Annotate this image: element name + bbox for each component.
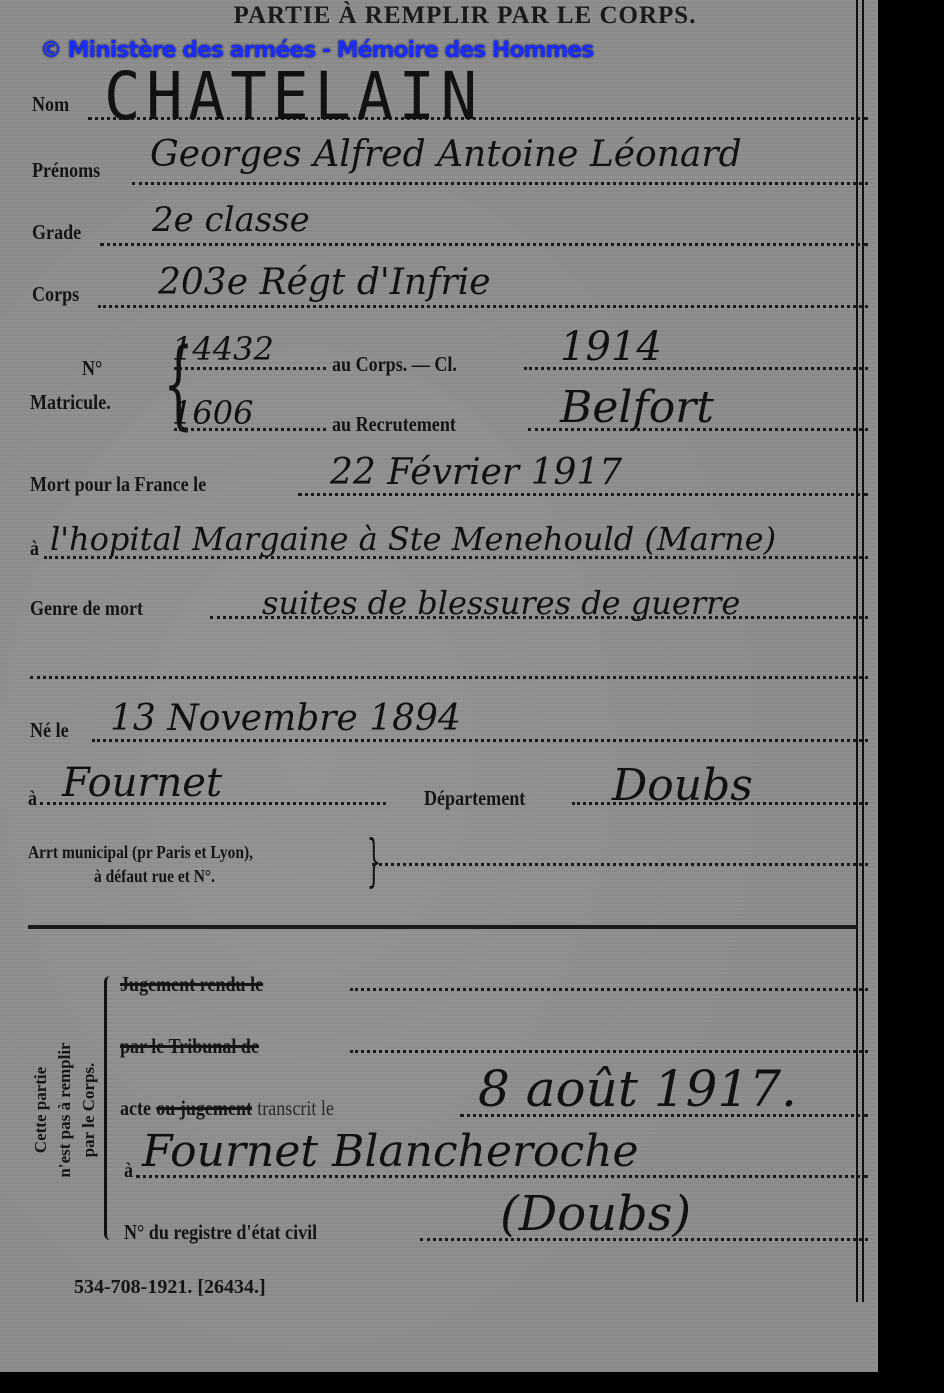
classe-value: 1914 bbox=[560, 324, 662, 370]
prenoms-label: Prénoms bbox=[32, 158, 100, 183]
mort-value: 22 Février 1917 bbox=[330, 452, 622, 493]
lower-brace bbox=[104, 976, 111, 1240]
departement-label: Département bbox=[424, 786, 525, 811]
corps-line bbox=[98, 305, 868, 308]
lieu-naissance-label: à bbox=[28, 786, 37, 811]
nom-label: Nom bbox=[32, 92, 69, 117]
naissance-value: 13 Novembre 1894 bbox=[110, 698, 461, 739]
nom-value: CHATELAIN bbox=[104, 58, 483, 135]
acte-label: acte ou jugement transcrit le bbox=[120, 1096, 334, 1121]
matricule-recrutement-number: 1606 bbox=[172, 394, 253, 432]
grade-value: 2e classe bbox=[152, 200, 310, 240]
prenoms-value: Georges Alfred Antoine Léonard bbox=[150, 134, 742, 175]
acte-label-b: transcrit le bbox=[257, 1096, 334, 1121]
mort-label: Mort pour la France le bbox=[30, 472, 206, 497]
tribunal-line bbox=[350, 1050, 868, 1053]
matricule-recrutement-line bbox=[174, 428, 326, 431]
lieu-mort-value: l'hopital Margaine à Ste Menehould (Marn… bbox=[50, 520, 776, 558]
recrutement-value: Belfort bbox=[560, 382, 714, 433]
a-label: à bbox=[124, 1158, 133, 1183]
genre-mort-value: suites de blessures de guerre bbox=[262, 584, 740, 622]
jugement-label: Jugement rendu le bbox=[120, 972, 263, 997]
arrondissement-brace: } bbox=[367, 832, 381, 892]
copyright-watermark: © Ministère des armées - Mémoire des Hom… bbox=[40, 38, 593, 63]
grade-label: Grade bbox=[32, 220, 81, 245]
matricule-label: Matricule. bbox=[30, 390, 111, 415]
grade-line bbox=[100, 243, 868, 246]
corps-label: Corps bbox=[32, 282, 79, 307]
arrondissement-label-line2: à défaut rue et N°. bbox=[94, 866, 215, 887]
matricule-no-label: N° bbox=[82, 356, 102, 381]
side-note: Cette partie n'est pas à remplir par le … bbox=[20, 1010, 110, 1210]
document-page: PARTIE À REMPLIR PAR LE CORPS. Nom CHATE… bbox=[0, 0, 878, 1372]
side-note-line3: par le Corps. bbox=[77, 1042, 101, 1177]
mort-line bbox=[298, 493, 868, 496]
form-title: PARTIE À REMPLIR PAR LE CORPS. bbox=[0, 2, 930, 30]
jugement-line bbox=[350, 988, 868, 991]
matricule-corps-line bbox=[174, 367, 326, 370]
arrondissement-line bbox=[372, 863, 868, 866]
border-rule bbox=[856, 0, 858, 1302]
au-corps-label: au Corps. — Cl. bbox=[332, 352, 457, 377]
registre-label: N° du registre d'état civil bbox=[124, 1220, 317, 1245]
section-divider bbox=[28, 925, 858, 929]
tribunal-label: par le Tribunal de bbox=[120, 1034, 259, 1059]
side-note-line2: n'est pas à remplir bbox=[53, 1042, 77, 1177]
border-rule bbox=[862, 0, 864, 1302]
arrondissement-label-line1: Arrt municipal (pr Paris et Lyon), bbox=[28, 842, 253, 863]
lieu-mort-label: à bbox=[30, 536, 39, 561]
au-recrutement-label: au Recrutement bbox=[332, 412, 456, 437]
naissance-label: Né le bbox=[30, 718, 69, 743]
registre-value: (Doubs) bbox=[500, 1186, 691, 1242]
a-value: Fournet Blancheroche bbox=[142, 1126, 639, 1177]
acte-label-struck: ou jugement bbox=[156, 1096, 252, 1121]
corps-value: 203e Régt d'Infrie bbox=[158, 262, 491, 303]
prenoms-line bbox=[132, 182, 868, 185]
departement-value: Doubs bbox=[612, 760, 753, 811]
acte-value: 8 août 1917. bbox=[478, 1060, 797, 1118]
blank-line bbox=[30, 676, 868, 679]
acte-label-a: acte bbox=[120, 1096, 151, 1121]
side-note-line1: Cette partie bbox=[29, 1042, 53, 1177]
matricule-corps-number: 14432 bbox=[172, 330, 274, 368]
genre-mort-label: Genre de mort bbox=[30, 596, 143, 621]
footer-code: 534-708-1921. [26434.] bbox=[74, 1276, 266, 1299]
naissance-line bbox=[92, 739, 868, 742]
lieu-naissance-value: Fournet bbox=[62, 760, 222, 806]
